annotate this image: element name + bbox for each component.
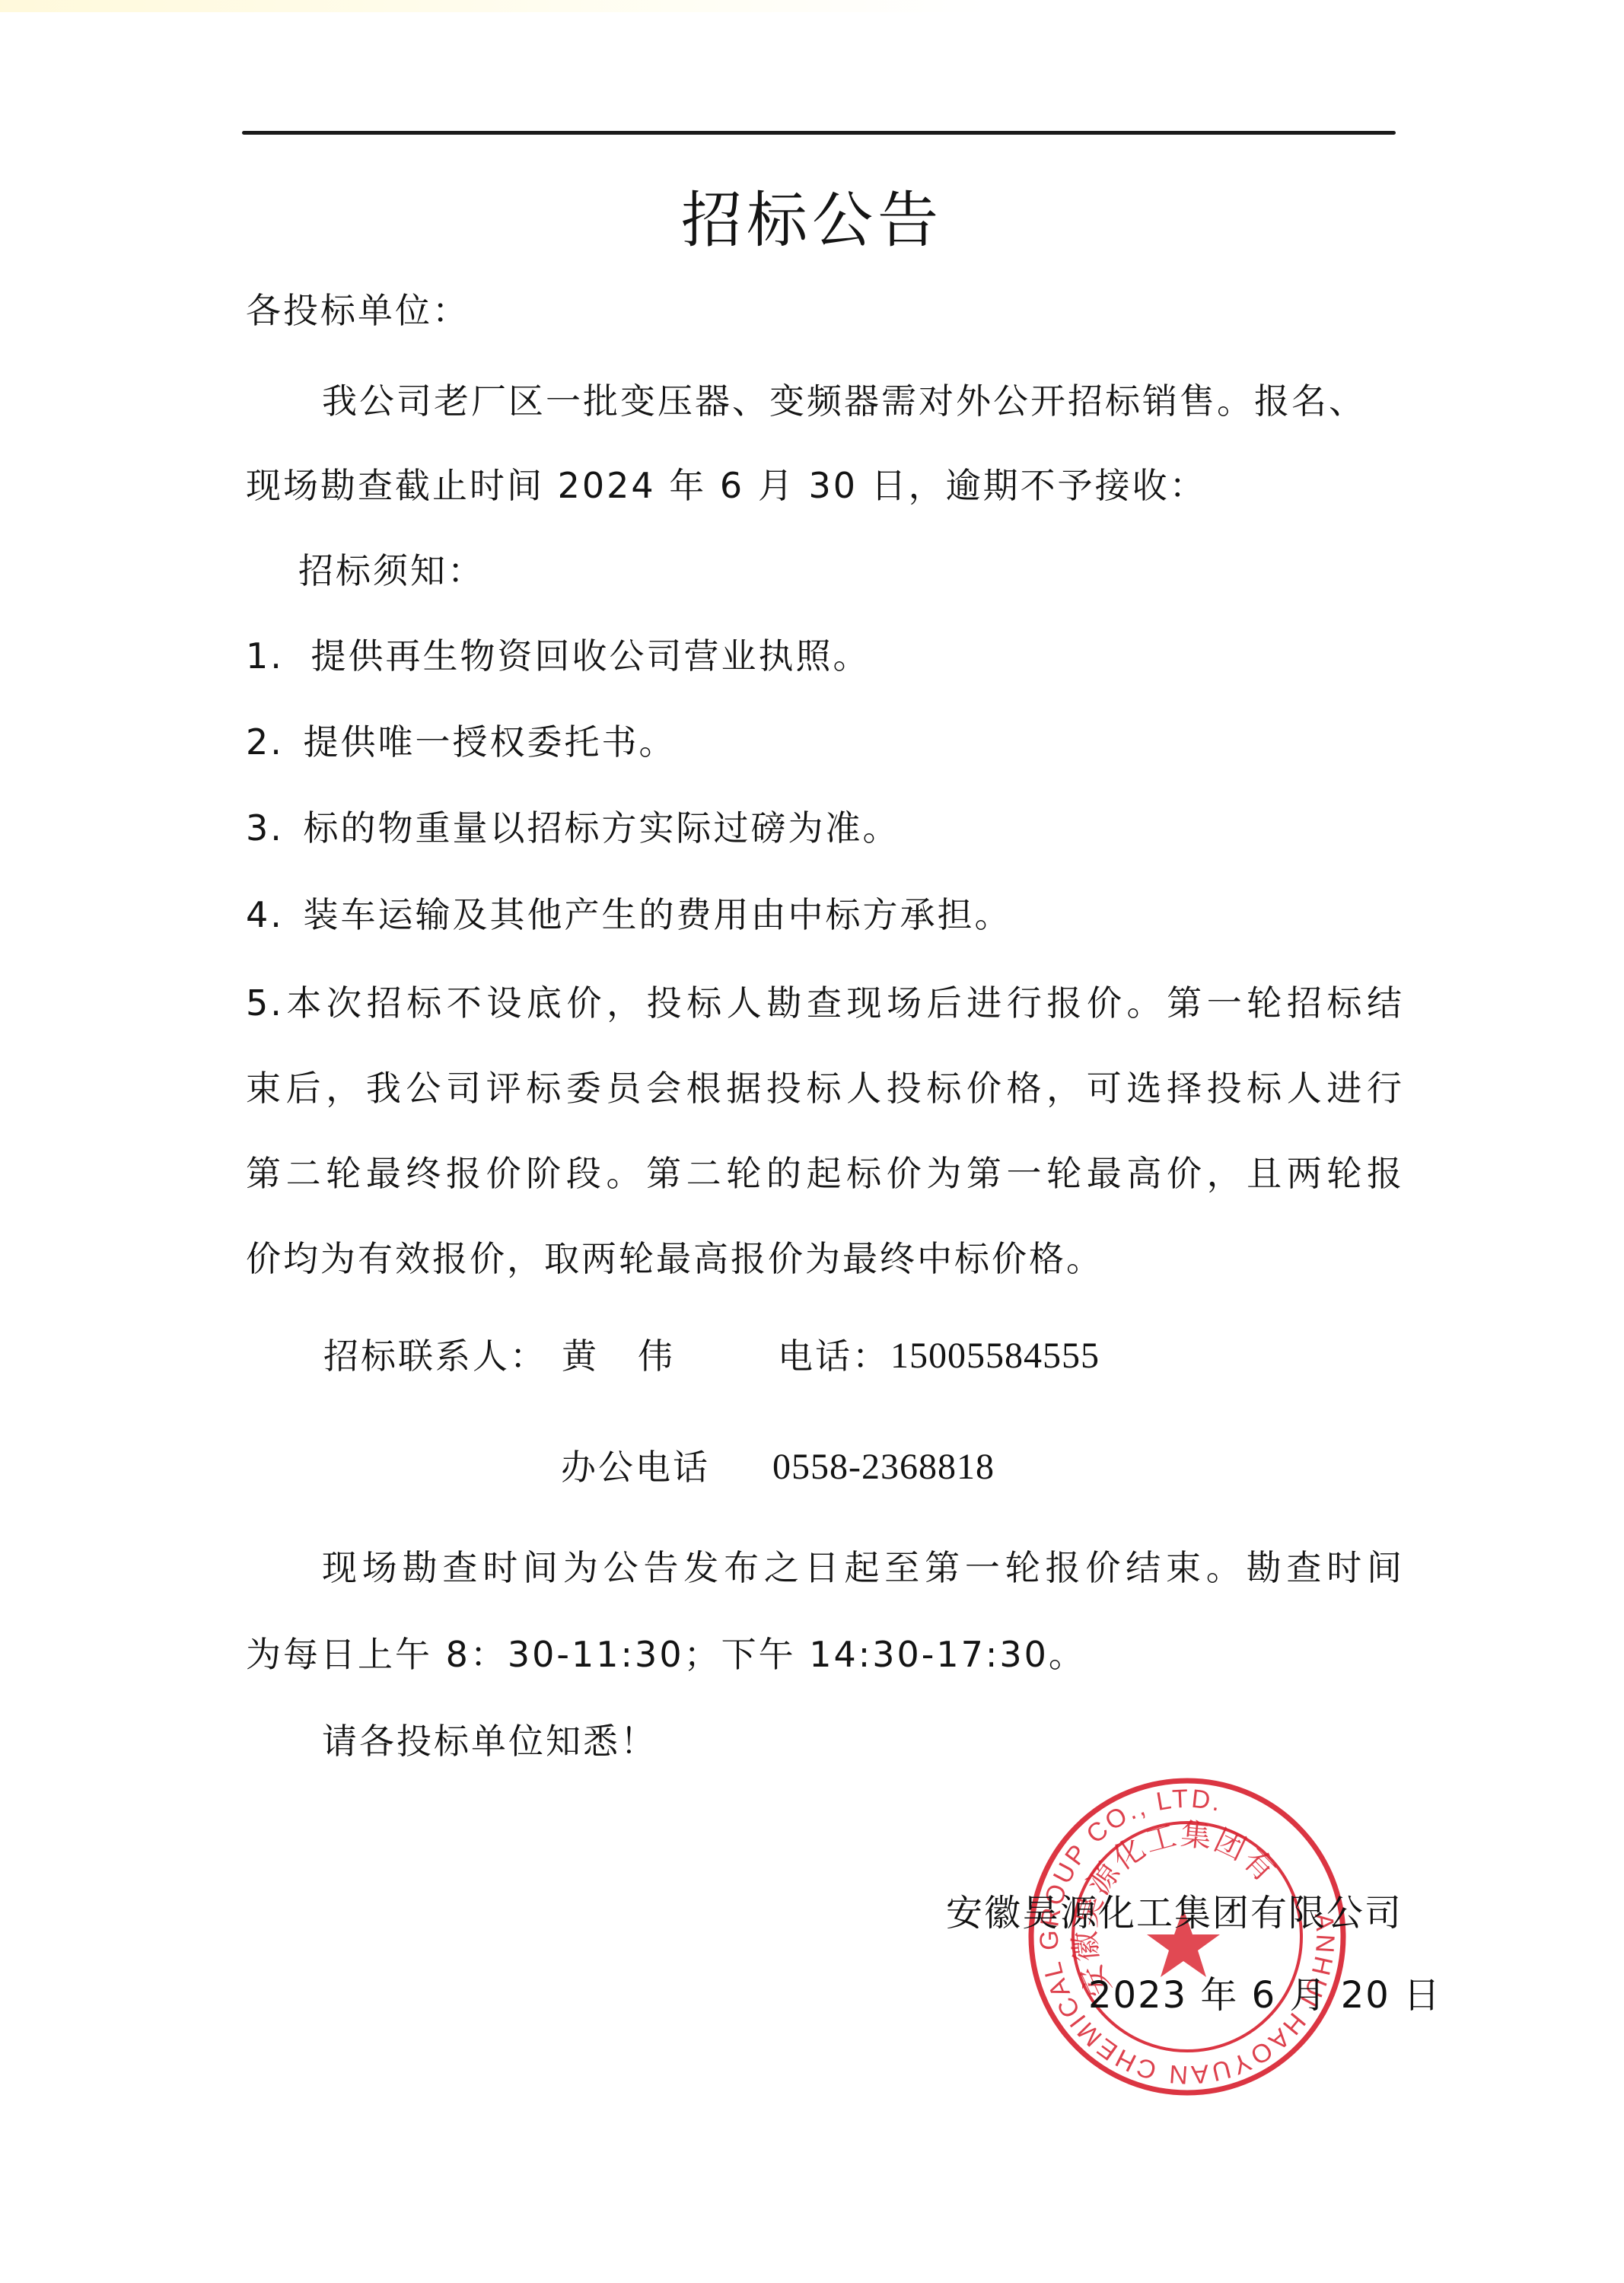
contact-surname: 黄 [562,1333,599,1379]
intro-line-2: 现场勘查截止时间 2024 年 6 月 30 日，逾期不予接收： [246,463,1207,508]
item-text: 提供唯一授权委托书。 [304,721,677,763]
item-text: 装车运输及其他产生的费用由中标方承担。 [304,894,1012,935]
item5-line-1: 5.本次招标不设底价，投标人勘查现场后进行报价。第一轮招标结 [246,980,1404,1026]
company-seal-icon: ANHUI HAOYUAN CHEMICAL GROUP CO., LTD. 安… [1024,1773,1351,2100]
contact-phone: 15005584555 [890,1333,1100,1379]
item-text: 标的物重量以招标方实际过磅为准。 [304,807,900,849]
header-rule [242,131,1396,135]
scan-edge-tint [0,0,989,12]
salutation: 各投标单位： [246,288,470,333]
item5-line-4: 价均为有效报价，取两轮最高报价为最终中标价格。 [246,1236,1103,1282]
signature-date: 2023 年 6 月 20 日 [1088,1973,1441,2018]
item5-line-2: 束后，我公司评标委员会根据投标人投标价格，可选择投标人进行 [246,1065,1404,1111]
signature-company: 安徽昊源化工集团有限公司 [946,1890,1403,1936]
office-phone-label: 办公电话 [561,1444,710,1490]
contact-phone-label: 电话： [778,1333,890,1379]
closing-line: 请各投标单位知悉！ [322,1718,658,1764]
notice-item-3: 3. 标的物重量以招标方实际过磅为准。 [246,805,900,851]
notice-item-1: 1. 提供再生物资回收公司营业执照。 [246,633,871,679]
contact-label: 招标联系人： [323,1333,547,1379]
item-number: 4. [246,894,284,935]
document-title: 招标公告 [0,183,1624,259]
item-number: 1. [246,635,284,677]
item-text: 提供再生物资回收公司营业执照。 [311,635,871,677]
inspection-line-2: 为每日上午 8：30-11:30；下午 14:30-17:30。 [246,1632,1086,1677]
notice-heading: 招标须知： [298,548,485,594]
contact-given-name: 伟 [638,1333,675,1379]
item5-line-3: 第二轮最终报价阶段。第二轮的起标价为第一轮最高价，且两轮报 [246,1151,1404,1196]
notice-item-2: 2. 提供唯一授权委托书。 [246,719,677,765]
notice-item-4: 4. 装车运输及其他产生的费用由中标方承担。 [246,892,1012,938]
inspection-line-1: 现场勘查时间为公告发布之日起至第一轮报价结束。勘查时间 [322,1545,1404,1590]
item-number: 3. [246,807,284,849]
office-phone: 0558-2368818 [772,1444,995,1490]
intro-line-1: 我公司老厂区一批变压器、变频器需对外公开招标销售。报名、 [322,378,1366,424]
item-number: 2. [246,721,284,763]
